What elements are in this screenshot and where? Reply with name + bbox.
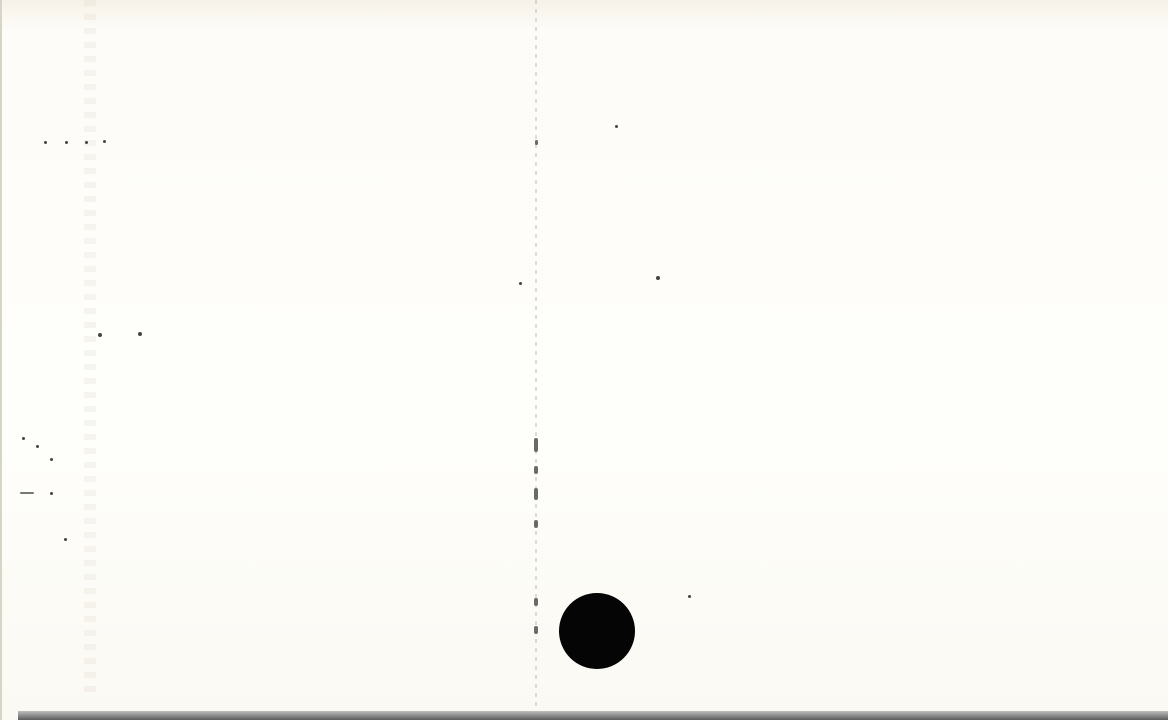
speck: [688, 595, 691, 598]
card-left-edge: [0, 0, 2, 720]
fold-mark: [534, 438, 538, 452]
speck: [20, 492, 34, 494]
speck: [64, 538, 67, 541]
card-bottom-edge: [18, 711, 1168, 720]
faint-stain-column: [84, 0, 96, 700]
fold-mark: [534, 488, 538, 500]
speck: [615, 125, 618, 128]
speck: [656, 276, 660, 280]
fold-mark: [534, 520, 538, 528]
fold-mark: [534, 598, 538, 606]
speck: [50, 458, 53, 461]
speck: [50, 492, 53, 495]
fold-mark: [535, 140, 538, 145]
fold-mark: [534, 626, 538, 634]
speck: [85, 141, 88, 144]
speck: [44, 141, 47, 144]
speck: [519, 282, 522, 285]
speck: [138, 332, 142, 336]
punch-hole: [559, 593, 635, 669]
speck: [103, 140, 106, 143]
scanned-card: [0, 0, 1168, 720]
speck: [98, 333, 102, 337]
speck: [22, 437, 25, 440]
speck: [36, 445, 39, 448]
speck: [65, 141, 68, 144]
fold-mark: [534, 466, 538, 474]
